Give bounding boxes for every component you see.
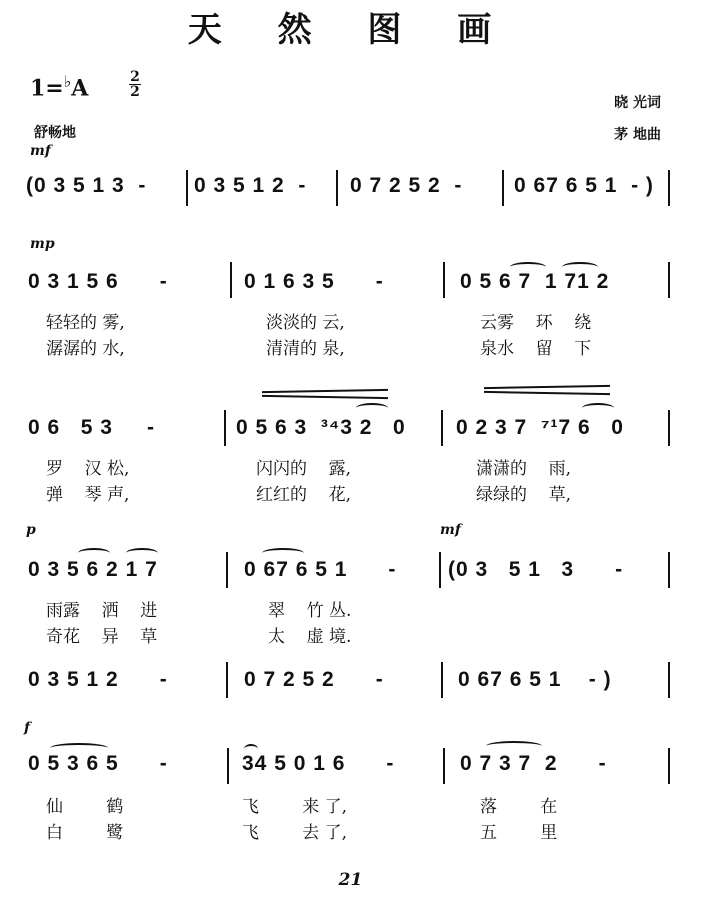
barline [443, 262, 445, 298]
crescendo-hairpin [484, 391, 610, 395]
time-denominator: 2 [128, 85, 142, 99]
measure: 0 5 3 6 5 - [28, 752, 168, 776]
dynamic-mark: mf [30, 143, 51, 159]
lyric: 五 里 [480, 818, 557, 843]
dynamic-mark: mp [30, 236, 55, 252]
key-signature: 1=♭A [30, 72, 88, 101]
lyric: 雨露 洒 进 [46, 596, 157, 621]
measure: 0 6 5 3 - [28, 416, 155, 440]
key-prefix: 1= [30, 75, 64, 101]
barline [668, 410, 670, 446]
lyric: 翠 竹 丛. [268, 596, 351, 621]
measure: 0 3 1 5 6 - [28, 270, 168, 294]
barline [668, 170, 670, 206]
lyric: 轻轻的 雾, [46, 308, 125, 333]
dynamic-mark: mf [440, 522, 461, 538]
dynamic-mark: p [26, 522, 36, 538]
measure: 0 7 2 5 2 - [244, 668, 384, 692]
lyric: 落 在 [480, 792, 557, 817]
tempo-marking: 舒畅地 [34, 122, 76, 142]
lyric: 罗 汉 松, [46, 454, 129, 479]
barline [186, 170, 188, 206]
lyric: 飞 来 了, [242, 792, 347, 817]
measure: 34 5 0 1 6 - [242, 752, 394, 776]
composer-credit: 茅 地曲 [614, 124, 661, 144]
lyric: 云雾 环 绕 [480, 308, 591, 333]
time-numerator: 2 [128, 70, 142, 84]
barline [441, 662, 443, 698]
barline [226, 662, 228, 698]
crescendo-hairpin [262, 389, 388, 393]
lyric: 潇潇的 雨, [476, 454, 571, 479]
barline [441, 410, 443, 446]
measure: 0 2 3 7 ⁷¹7 6 0 [456, 416, 624, 440]
measure: 0 7 2 5 2 - [350, 174, 462, 198]
lyric: 红红的 花, [256, 480, 351, 505]
barline [227, 748, 229, 784]
lyric: 泉水 留 下 [480, 334, 591, 359]
measure: (0 3 5 1 3 - [26, 174, 146, 198]
lyric: 淡淡的 云, [266, 308, 345, 333]
measure: 0 3 5 1 2 - [28, 668, 168, 692]
dynamic-mark: f [24, 720, 30, 736]
lyric: 清清的 泉, [266, 334, 345, 359]
measure: 0 5 6 7 1 71 2 [460, 270, 609, 294]
lyricist-credit: 晓 光词 [614, 92, 661, 112]
measure: 0 1 6 3 5 - [244, 270, 384, 294]
lyric: 太 虚 境. [268, 622, 351, 647]
lyric: 仙 鹤 [46, 792, 123, 817]
barline [336, 170, 338, 206]
barline [668, 552, 670, 588]
measure: 0 67 6 5 1 - [244, 558, 396, 582]
lyric: 闪闪的 露, [256, 454, 351, 479]
system-4: 0 3 5 6 2 1 7 0 67 6 5 1 - (0 3 5 1 3 - [0, 552, 701, 592]
lyric: 潺潺的 水, [46, 334, 125, 359]
lyric: 弹 琴 声, [46, 480, 129, 505]
measure: (0 3 5 1 3 - [448, 558, 623, 582]
measure: 0 67 6 5 1 - ) [458, 668, 612, 692]
system-2: 0 3 1 5 6 - 0 1 6 3 5 - 0 5 6 7 1 71 2 [0, 262, 701, 302]
measure: 0 3 5 6 2 1 7 [28, 558, 158, 582]
crescendo-hairpin [484, 385, 610, 389]
barline [230, 262, 232, 298]
system-3: 0 6 5 3 - 0 5 6 3 ³⁴3 2 0 0 2 3 7 ⁷¹7 6 … [0, 410, 701, 450]
system-5: 0 3 5 1 2 - 0 7 2 5 2 - 0 67 6 5 1 - ) [0, 662, 701, 702]
measure: 0 7 3 7 2 - [460, 752, 607, 776]
barline [226, 552, 228, 588]
barline [224, 410, 226, 446]
key-note: A [71, 75, 88, 101]
lyric: 奇花 异 草 [46, 622, 157, 647]
lyric: 白 鹭 [46, 818, 123, 843]
song-title: 天 然 图 画 [0, 2, 701, 51]
system-1: (0 3 5 1 3 - 0 3 5 1 2 - 0 7 2 5 2 - 0 6… [0, 170, 701, 210]
measure: 0 5 6 3 ³⁴3 2 0 [236, 416, 406, 440]
measure: 0 67 6 5 1 - ) [514, 174, 654, 198]
barline [443, 748, 445, 784]
measure: 0 3 5 1 2 - [194, 174, 306, 198]
barline [439, 552, 441, 588]
barline [668, 748, 670, 784]
barline [502, 170, 504, 206]
lyric: 飞 去 了, [242, 818, 347, 843]
lyric: 绿绿的 草, [476, 480, 571, 505]
barline [668, 262, 670, 298]
page-number: 21 [0, 870, 701, 890]
crescendo-hairpin [262, 395, 388, 399]
time-signature: 2 2 [128, 70, 142, 99]
barline [668, 662, 670, 698]
system-6: 0 5 3 6 5 - 34 5 0 1 6 - 0 7 3 7 2 - [0, 748, 701, 788]
